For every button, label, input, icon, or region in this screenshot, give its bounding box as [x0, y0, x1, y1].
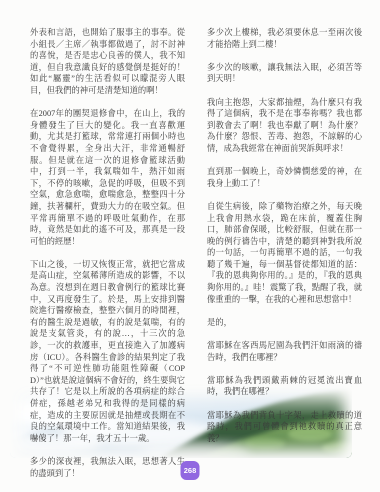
page-number-badge: 268 [181, 461, 200, 480]
paragraph: 自從生病後，除了藥物治療之外，每天晚上我會用熱水袋，跪在床前，覆蓋住胸口，肺部會… [207, 201, 362, 305]
text-columns: 外表和言語，也開始了服事主的事奉。從小組長／主席／執事都做過了，討不討神的喜悅，… [30, 27, 362, 491]
paragraph: 下山之後，一切又恢復正常，就把它當成是高山症，空氣稀薄所造成的影響，不以為意。沒… [30, 259, 185, 445]
book-page: { "page": { "number": "268" }, "colors":… [0, 0, 380, 492]
paragraph: 多少次的咳嗽，讓我無法入眠，必須苦等到天明！ [207, 62, 362, 85]
paragraph: 是的， [207, 317, 362, 329]
paragraph: 直到那一個晚上，奇妙憐憫慈愛的神，在我身上動工了！ [207, 166, 362, 189]
left-column: 外表和言語，也開始了服事主的事奉。從小組長／主席／執事都做過了，討不討神的喜悅，… [30, 27, 185, 491]
paragraph: 當耶穌在客西馬尼園為我們汗如雨滴的禱告時，我們在哪裡？ [207, 340, 362, 363]
paragraph: 多少的深夜裡，我無法入眠，思想著人生的盡頭到了！ [30, 456, 185, 479]
paragraph: 在2007年的團契退修會中，在山上，我的身體發生了巨大的變化。我一直喜歡運動，尤… [30, 108, 185, 247]
paragraph: 我向主抱怨，大家都抽煙，為什麼只有我得了這個病，我不是在事奉祢嗎？我也都到教會去… [207, 97, 362, 155]
paragraph: 當耶穌為我們頭戴荊棘的冠冕流出寶血時，我們在哪裡？ [207, 375, 362, 398]
paragraph: 當耶穌為我們背負十字架，走上救贖的道路時，我們可曾體會到祂救贖的真正意義？ [207, 410, 362, 445]
paragraph: 多少次上樓梯，我必須要休息一至兩次後才能拾階上到二樓！ [207, 27, 362, 50]
right-column: 多少次上樓梯，我必須要休息一至兩次後才能拾階上到二樓！ 多少次的咳嗽，讓我無法入… [207, 27, 362, 491]
paragraph: 外表和言語，也開始了服事主的事奉。從小組長／主席／執事都做過了，討不討神的喜悅，… [30, 27, 185, 97]
